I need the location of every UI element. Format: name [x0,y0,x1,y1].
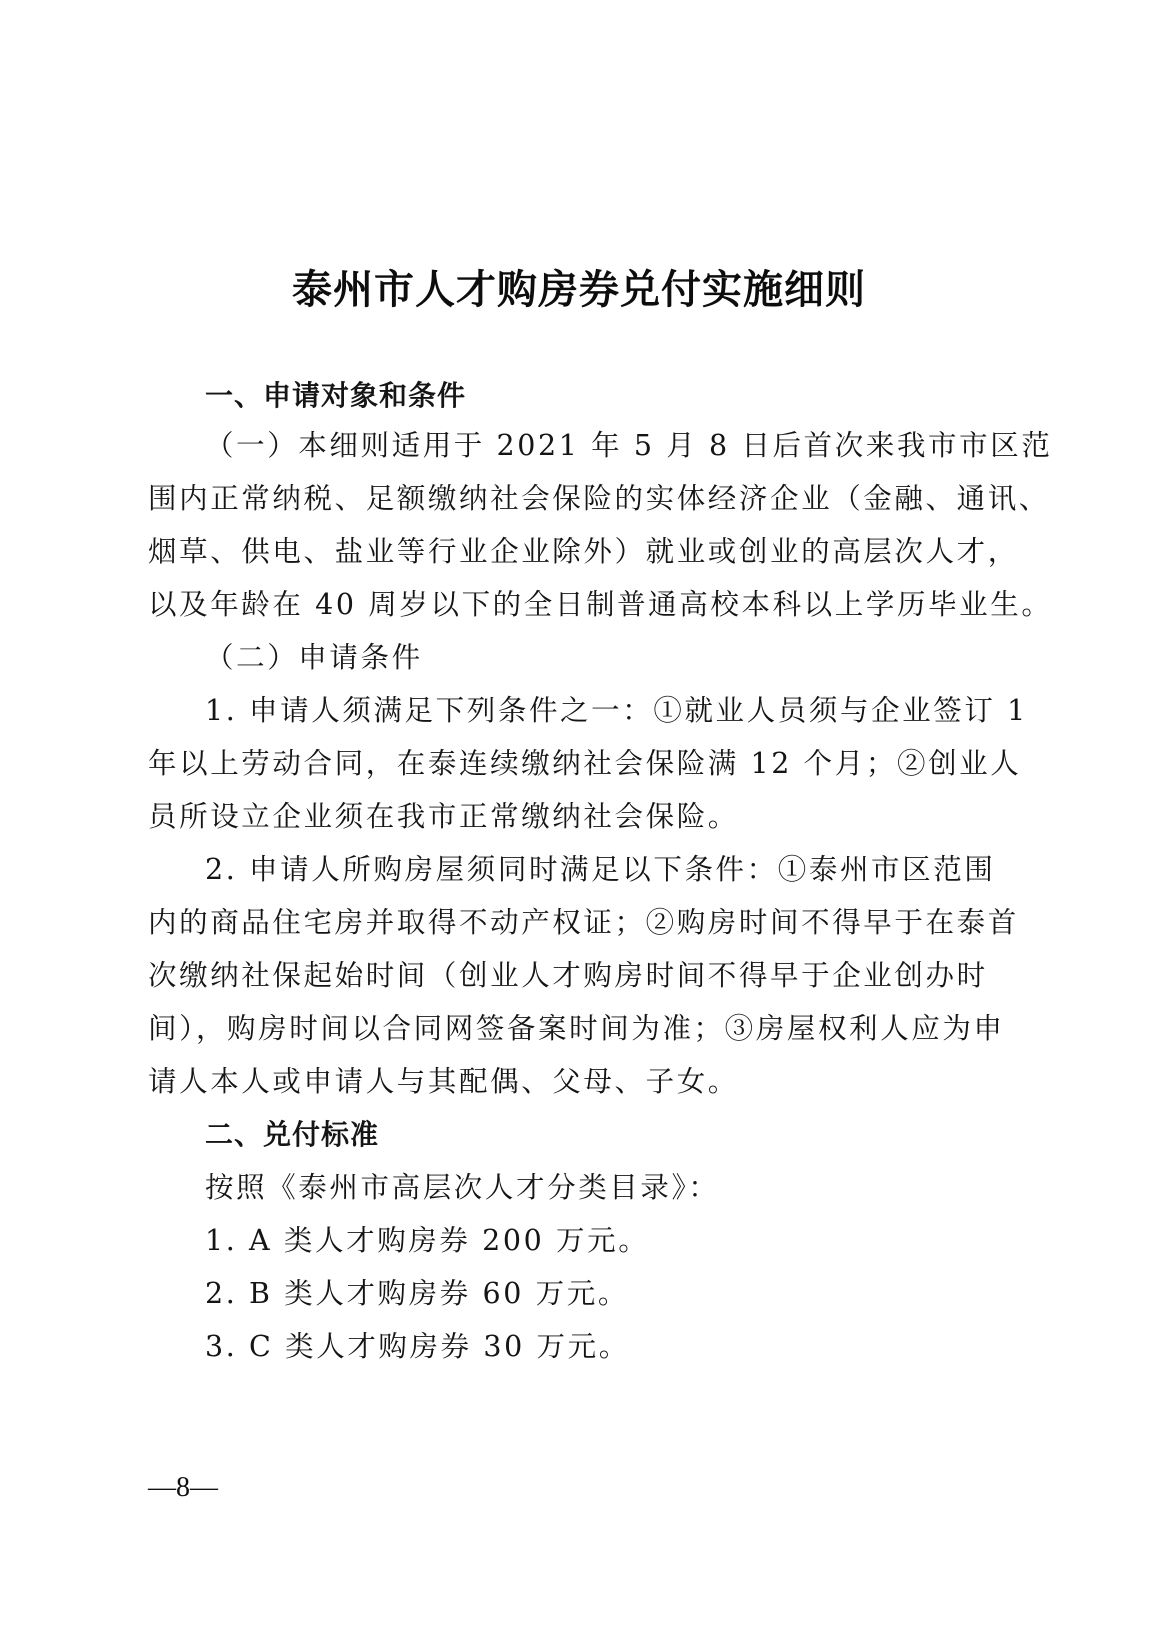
paragraph-line: 年以上劳动合同，在泰连续缴纳社会保险满 12 个月；②创业人 [148,746,970,782]
paragraph-line: 次缴纳社保起始时间（创业人才购房时间不得早于企业创办时 [148,958,970,994]
paragraph-line: 内的商品住宅房并取得不动产权证；②购房时间不得早于在泰首 [148,905,970,941]
list-item: 3. C 类人才购房券 30 万元。 [205,1329,630,1365]
paragraph-line: 烟草、供电、盐业等行业企业除外）就业或创业的高层次人才， [148,534,970,570]
section-heading-1: 一、申请对象和条件 [205,378,466,414]
document-title: 泰州市人才购房券兑付实施细则 [0,266,1158,314]
section-heading-2: 二、兑付标准 [205,1117,379,1153]
paragraph-line: 围内正常纳税、足额缴纳社会保险的实体经济企业（金融、通讯、 [148,481,970,517]
paragraph-line: 请人本人或申请人与其配偶、父母、子女。 [148,1064,739,1100]
list-item: 1. A 类人才购房券 200 万元。 [205,1223,649,1259]
list-item: 2. B 类人才购房券 60 万元。 [205,1276,629,1312]
page-number: —8— [148,1470,218,1506]
paragraph-line: 2. 申请人所购房屋须同时满足以下条件：①泰州市区范围 [205,852,970,888]
subsection-heading: （二）申请条件 [205,640,423,676]
paragraph-line: 间），购房时间以合同网签备案时间为准；③房屋权利人应为申 [148,1011,970,1047]
document-page: 泰州市人才购房券兑付实施细则 一、申请对象和条件 （一）本细则适用于 2021 … [0,0,1158,1637]
paragraph-line: 按照《泰州市高层次人才分类目录》： [205,1170,719,1206]
paragraph-line: 员所设立企业须在我市正常缴纳社会保险。 [148,799,739,835]
paragraph-line: （一）本细则适用于 2021 年 5 月 8 日后首次来我市市区范 [205,428,970,464]
paragraph-line: 以及年龄在 40 周岁以下的全日制普通高校本科以上学历毕业生。 [148,587,970,623]
paragraph-line: 1. 申请人须满足下列条件之一：①就业人员须与企业签订 1 [205,693,970,729]
